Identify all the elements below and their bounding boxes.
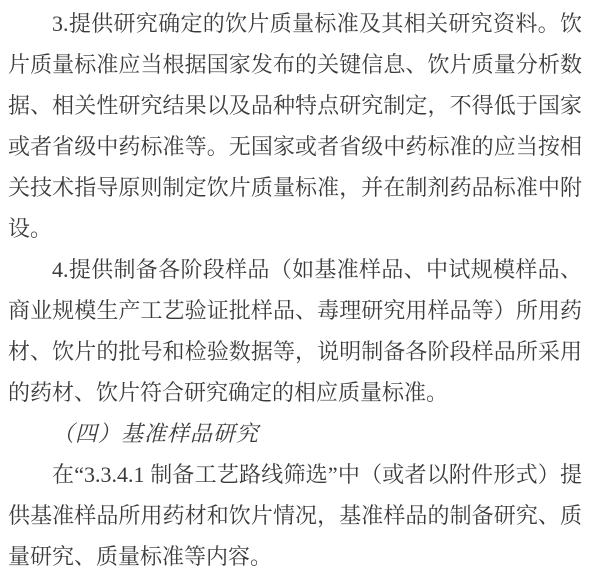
document-page: 3.提供研究确定的饮片质量标准及其相关研究资料。饮片质量标准应当根据国家发布的关…	[0, 0, 590, 578]
paragraph-item-3: 3.提供研究确定的饮片质量标准及其相关研究资料。饮片质量标准应当根据国家发布的关…	[8, 3, 582, 249]
paragraph-benchmark-sample-detail: 在“3.3.4.1 制备工艺路线筛选”中（或者以附件形式）提供基准样品所用药材和…	[8, 454, 582, 577]
paragraph-item-4: 4.提供制备各阶段样品（如基准样品、中试规模样品、商业规模生产工艺验证批样品、毒…	[8, 249, 582, 413]
document-body: 3.提供研究确定的饮片质量标准及其相关研究资料。饮片质量标准应当根据国家发布的关…	[8, 3, 582, 577]
section-heading-benchmark-sample-research: （四）基准样品研究	[8, 413, 582, 454]
